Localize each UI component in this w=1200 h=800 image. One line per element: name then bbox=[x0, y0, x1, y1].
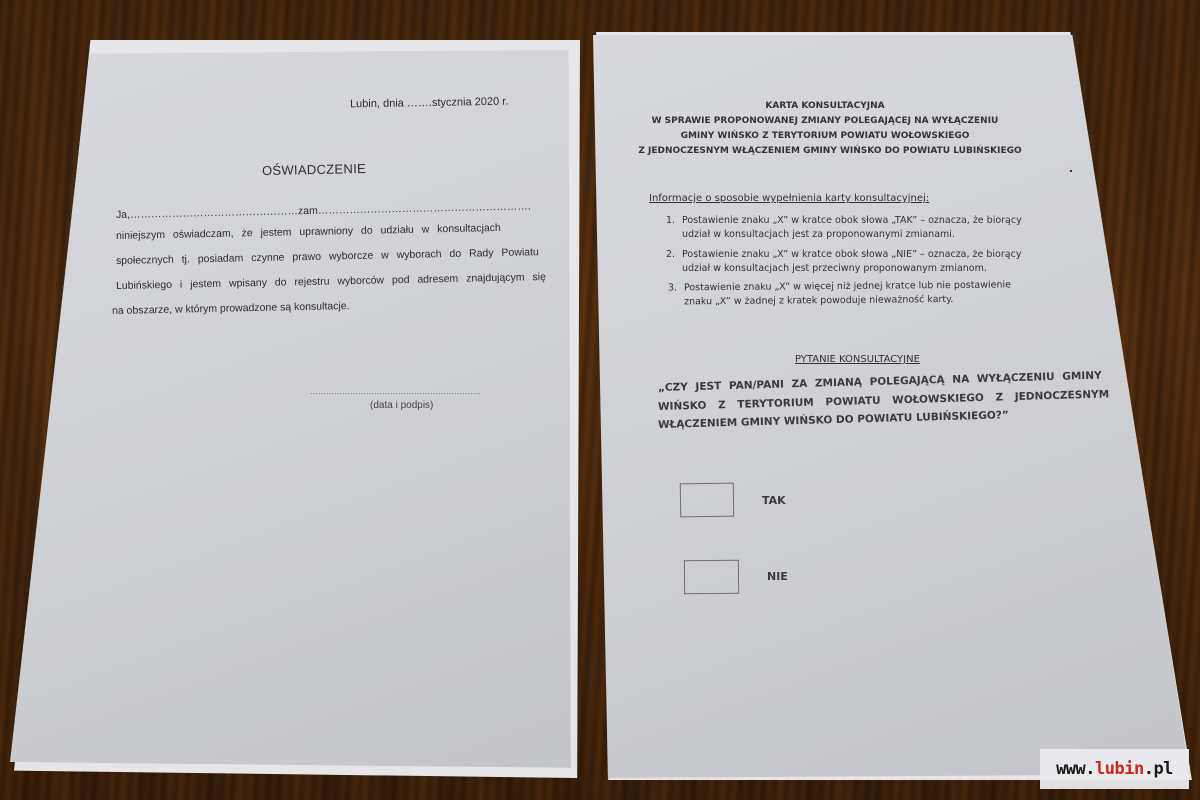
watermark-accent: lubin bbox=[1095, 759, 1144, 779]
card-subtitle-line: GMINY WIŃSKO Z TERYTORIUM POWIATU WOŁOWS… bbox=[640, 131, 1010, 141]
signature-label: (data i podpis) bbox=[370, 400, 433, 411]
declaration-title: OŚWIADCZENIE bbox=[262, 161, 366, 178]
card-subtitle-line: Z JEDNOCZESNYM WŁĄCZENIEM GMINY WIŃSKO D… bbox=[620, 146, 1040, 156]
instruction-text: Postawienie znaku „X” w kratce obok słow… bbox=[682, 215, 1022, 226]
watermark-suffix: .pl bbox=[1144, 759, 1173, 779]
instruction-item: 2.Postawienie znaku „X” w kratce obok sł… bbox=[666, 249, 1021, 274]
ink-dot bbox=[1070, 170, 1072, 172]
declaration-sheet bbox=[10, 50, 572, 778]
tak-checkbox[interactable] bbox=[680, 483, 734, 518]
watermark-logo: www.lubin.pl bbox=[1040, 749, 1189, 789]
instruction-item: 3.Postawienie znaku „X” w więcej niż jed… bbox=[668, 280, 1011, 308]
nie-checkbox[interactable] bbox=[684, 560, 739, 594]
instruction-number: 2. bbox=[666, 249, 682, 260]
question-heading: PYTANIE KONSULTACYJNE bbox=[795, 354, 920, 365]
instruction-text: Postawienie znaku „X” w więcej niż jedne… bbox=[684, 280, 1011, 294]
signature-line: ………………………………………………………. bbox=[310, 387, 480, 396]
watermark-prefix: www. bbox=[1056, 759, 1095, 779]
instruction-number: 1. bbox=[666, 215, 682, 226]
instruction-text-continued: udział w konsultacjach jest przeciwny pr… bbox=[666, 263, 1021, 274]
instruction-item: 1.Postawienie znaku „X” w kratce obok sł… bbox=[666, 215, 1022, 240]
tak-label: TAK bbox=[762, 494, 786, 507]
nie-label: NIE bbox=[767, 570, 788, 583]
instruction-text: Postawienie znaku „X” w kratce obok słow… bbox=[682, 249, 1021, 260]
instructions-heading: Informacje o sposobie wypełnienia karty … bbox=[649, 193, 929, 204]
card-title: KARTA KONSULTACYJNA bbox=[690, 101, 960, 111]
instruction-text-continued: udział w konsultacjach jest za proponowa… bbox=[666, 229, 1022, 240]
card-subtitle-line: W SPRAWIE PROPONOWANEJ ZMIANY POLEGAJĄCE… bbox=[640, 116, 1010, 126]
instruction-number: 3. bbox=[668, 282, 684, 293]
